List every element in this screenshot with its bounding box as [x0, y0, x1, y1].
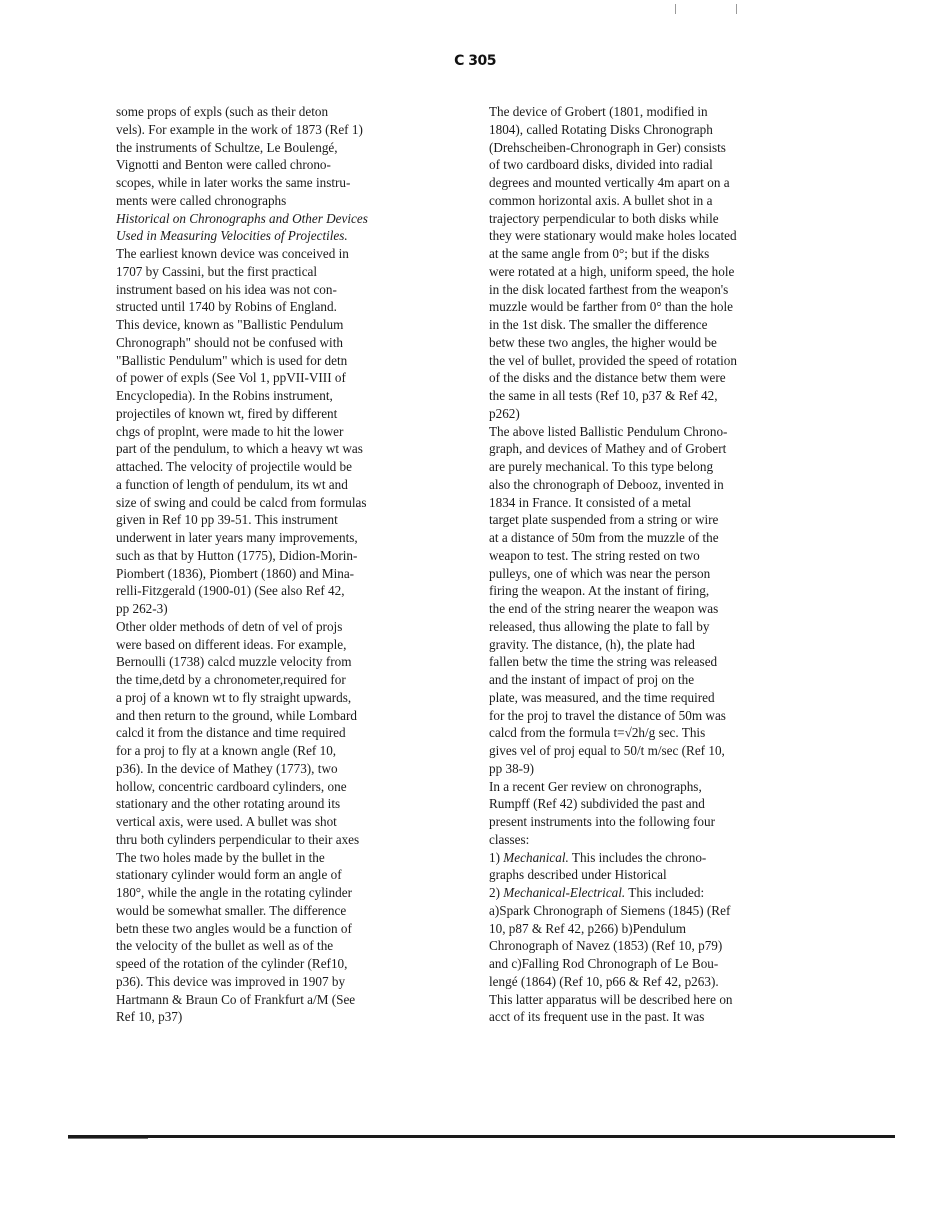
text-line: In a recent Ger review on chronographs, — [489, 778, 849, 796]
text-line: vertical axis, were used. A bullet was s… — [116, 813, 476, 831]
text-line: Piombert (1836), Piombert (1860) and Min… — [116, 565, 476, 583]
text-line: scopes, while in later works the same in… — [116, 174, 476, 192]
text-line: in the 1st disk. The smaller the differe… — [489, 316, 849, 334]
text-line: classes: — [489, 831, 849, 849]
bottom-rule-shadow — [68, 1138, 148, 1139]
text-line: 180°, while the angle in the rotating cy… — [116, 884, 476, 902]
text-line: 1) Mechanical. This includes the chrono- — [489, 849, 849, 867]
text-line: calcd from the formula t=√2h/g sec. This — [489, 724, 849, 742]
text-line: underwent in later years many improvemen… — [116, 529, 476, 547]
text-line: were rotated at a high, uniform speed, t… — [489, 263, 849, 281]
text-line: lengé (1864) (Ref 10, p66 & Ref 42, p263… — [489, 973, 849, 991]
text-line: the same in all tests (Ref 10, p37 & Ref… — [489, 387, 849, 405]
text-line: 2) Mechanical-Electrical. This included: — [489, 884, 849, 902]
text-line: fallen betw the time the string was rele… — [489, 653, 849, 671]
text-line: relli-Fitzgerald (1900-01) (See also Ref… — [116, 582, 476, 600]
text-line: thru both cylinders perpendicular to the… — [116, 831, 476, 849]
text-line: pp 262-3) — [116, 600, 476, 618]
text-line: plate, was measured, and the time requir… — [489, 689, 849, 707]
text-line: The two holes made by the bullet in the — [116, 849, 476, 867]
text-line: of two cardboard disks, divided into rad… — [489, 156, 849, 174]
text-line: muzzle would be farther from 0° than the… — [489, 298, 849, 316]
class-label: Mechanical-Electrical. — [503, 885, 625, 900]
text-line: Ref 10, p37) — [116, 1008, 476, 1026]
left-column: some props of expls (such as their deton… — [116, 103, 476, 1026]
text-line: were based on different ideas. For examp… — [116, 636, 476, 654]
text-line: structed until 1740 by Robins of England… — [116, 298, 476, 316]
text-line: hollow, concentric cardboard cylinders, … — [116, 778, 476, 796]
text-line: some props of expls (such as their deton — [116, 103, 476, 121]
text-line: a function of length of pendulum, its wt… — [116, 476, 476, 494]
text-line: the instruments of Schultze, Le Boulengé… — [116, 139, 476, 157]
text-line: The above listed Ballistic Pendulum Chro… — [489, 423, 849, 441]
text-line: given in Ref 10 pp 39-51. This instrumen… — [116, 511, 476, 529]
text-line: chgs of proplnt, were made to hit the lo… — [116, 423, 476, 441]
text-line: calcd it from the distance and time requ… — [116, 724, 476, 742]
text-line: pp 38-9) — [489, 760, 849, 778]
text-line: Used in Measuring Velocities of Projecti… — [116, 227, 476, 245]
text-line: for the proj to travel the distance of 5… — [489, 707, 849, 725]
text-line: and c)Falling Rod Chronograph of Le Bou- — [489, 955, 849, 973]
text-line: weapon to test. The string rested on two — [489, 547, 849, 565]
text-line: Vignotti and Benton were called chrono- — [116, 156, 476, 174]
scan-mark — [736, 4, 737, 14]
text-line: "Ballistic Pendulum" which is used for d… — [116, 352, 476, 370]
text-line: Chronograph of Navez (1853) (Ref 10, p79… — [489, 937, 849, 955]
right-column: The device of Grobert (1801, modified in… — [489, 103, 849, 1026]
text-line: pulleys, one of which was near the perso… — [489, 565, 849, 583]
text-line: p36). In the device of Mathey (1773), tw… — [116, 760, 476, 778]
text-line: they were stationary would make holes lo… — [489, 227, 849, 245]
text-line: Bernoulli (1738) calcd muzzle velocity f… — [116, 653, 476, 671]
text-line: betn these two angles would be a functio… — [116, 920, 476, 938]
text-line: at a distance of 50m from the muzzle of … — [489, 529, 849, 547]
text-line: 10, p87 & Ref 42, p266) b)Pendulum — [489, 920, 849, 938]
text-line: gives vel of proj equal to 50/t m/sec (R… — [489, 742, 849, 760]
text-line: the end of the string nearer the weapon … — [489, 600, 849, 618]
text-line: betw these two angles, the higher would … — [489, 334, 849, 352]
text-line: p36). This device was improved in 1907 b… — [116, 973, 476, 991]
text-line: for a proj to fly at a known angle (Ref … — [116, 742, 476, 760]
text-line: a)Spark Chronograph of Siemens (1845) (R… — [489, 902, 849, 920]
text-line: in the disk located farthest from the we… — [489, 281, 849, 299]
text-line: Other older methods of detn of vel of pr… — [116, 618, 476, 636]
text-line: graph, and devices of Mathey and of Grob… — [489, 440, 849, 458]
text-line: gravity. The distance, (h), the plate ha… — [489, 636, 849, 654]
page-number: C 305 — [0, 53, 950, 69]
text-line: attached. The velocity of projectile wou… — [116, 458, 476, 476]
text-line: at the same angle from 0°; but if the di… — [489, 245, 849, 263]
text-line: the time,detd by a chronometer,required … — [116, 671, 476, 689]
text-line: speed of the rotation of the cylinder (R… — [116, 955, 476, 973]
text-line: trajectory perpendicular to both disks w… — [489, 210, 849, 228]
text-line: This device, known as "Ballistic Pendulu… — [116, 316, 476, 334]
text-line: Hartmann & Braun Co of Frankfurt a/M (Se… — [116, 991, 476, 1009]
text-line: This latter apparatus will be described … — [489, 991, 849, 1009]
text-line: of the disks and the distance betw them … — [489, 369, 849, 387]
text-line: degrees and mounted vertically 4m apart … — [489, 174, 849, 192]
text-line: graphs described under Historical — [489, 866, 849, 884]
text-line: The device of Grobert (1801, modified in — [489, 103, 849, 121]
bottom-rule — [68, 1135, 895, 1138]
text-line: Rumpff (Ref 42) subdivided the past and — [489, 795, 849, 813]
text-line: ments were called chronographs — [116, 192, 476, 210]
text-line: released, thus allowing the plate to fal… — [489, 618, 849, 636]
text-line: p262) — [489, 405, 849, 423]
class-label: Mechanical. — [503, 850, 569, 865]
text-line: 1804), called Rotating Disks Chronograph — [489, 121, 849, 139]
text-line: 1834 in France. It consisted of a metal — [489, 494, 849, 512]
text-line: and the instant of impact of proj on the — [489, 671, 849, 689]
text-line: the vel of bullet, provided the speed of… — [489, 352, 849, 370]
text-line: part of the pendulum, to which a heavy w… — [116, 440, 476, 458]
text-line: Historical on Chronographs and Other Dev… — [116, 210, 476, 228]
text-line: stationary cylinder would form an angle … — [116, 866, 476, 884]
text-line: the velocity of the bullet as well as of… — [116, 937, 476, 955]
text-line: would be somewhat smaller. The differenc… — [116, 902, 476, 920]
text-line: vels). For example in the work of 1873 (… — [116, 121, 476, 139]
text-line: 1707 by Cassini, but the first practical — [116, 263, 476, 281]
text-line: present instruments into the following f… — [489, 813, 849, 831]
text-line: firing the weapon. At the instant of fir… — [489, 582, 849, 600]
text-line: of power of expls (See Vol 1, ppVII-VIII… — [116, 369, 476, 387]
text-line: a proj of a known wt to fly straight upw… — [116, 689, 476, 707]
text-line: The earliest known device was conceived … — [116, 245, 476, 263]
text-line: such as that by Hutton (1775), Didion-Mo… — [116, 547, 476, 565]
text-line: and then return to the ground, while Lom… — [116, 707, 476, 725]
text-line: Chronograph" should not be confused with — [116, 334, 476, 352]
text-line: acct of its frequent use in the past. It… — [489, 1008, 849, 1026]
text-line: are purely mechanical. To this type belo… — [489, 458, 849, 476]
text-line: target plate suspended from a string or … — [489, 511, 849, 529]
text-line: (Drehscheiben-Chronograph in Ger) consis… — [489, 139, 849, 157]
text-line: Encyclopedia). In the Robins instrument, — [116, 387, 476, 405]
text-line: stationary and the other rotating around… — [116, 795, 476, 813]
text-line: common horizontal axis. A bullet shot in… — [489, 192, 849, 210]
text-line: instrument based on his idea was not con… — [116, 281, 476, 299]
text-line: also the chronograph of Debooz, invented… — [489, 476, 849, 494]
scan-mark — [675, 4, 676, 14]
text-line: size of swing and could be calcd from fo… — [116, 494, 476, 512]
text-line: projectiles of known wt, fired by differ… — [116, 405, 476, 423]
